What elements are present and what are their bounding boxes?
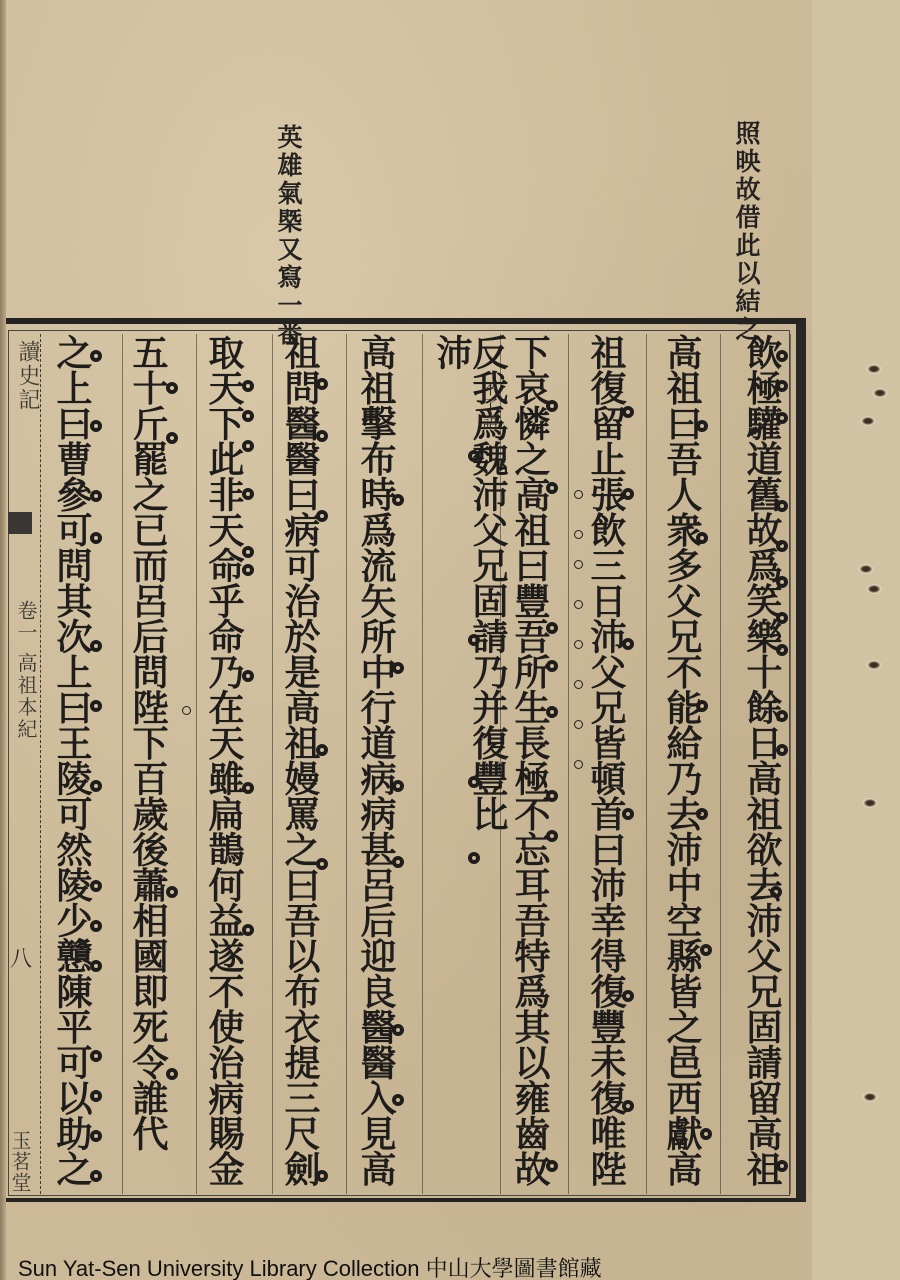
punctuation-circle bbox=[316, 430, 328, 442]
wormhole-damage bbox=[866, 584, 882, 594]
punctuation-circle bbox=[90, 420, 102, 432]
punctuation-circle bbox=[166, 432, 178, 444]
punctuation-circle bbox=[242, 380, 254, 392]
punctuation-circle bbox=[392, 1094, 404, 1106]
emphasis-circle bbox=[574, 640, 583, 649]
wormhole-damage bbox=[862, 798, 878, 808]
punctuation-circle bbox=[90, 1130, 102, 1142]
column-rule bbox=[122, 334, 123, 1194]
punctuation-circle bbox=[316, 378, 328, 390]
column-rule bbox=[272, 334, 273, 1194]
punctuation-circle bbox=[770, 886, 782, 898]
text-column-4: 下哀憐之高祖曰豐吾所生長極不忘耳吾特爲其以雍齒故 bbox=[512, 334, 548, 1194]
column-rule bbox=[422, 334, 423, 1194]
punctuation-circle bbox=[546, 1160, 558, 1172]
punctuation-circle bbox=[392, 494, 404, 506]
punctuation-circle bbox=[622, 1100, 634, 1112]
page-number: 八 bbox=[10, 942, 32, 973]
punctuation-circle bbox=[696, 808, 708, 820]
punctuation-circle bbox=[546, 660, 558, 672]
wormhole-damage bbox=[858, 564, 874, 574]
column-rule bbox=[790, 334, 791, 1194]
top-annotation-right: 照映故借此以結之 bbox=[734, 120, 759, 344]
wormhole-damage bbox=[872, 388, 888, 398]
punctuation-circle bbox=[622, 488, 634, 500]
punctuation-circle bbox=[242, 546, 254, 558]
punctuation-circle bbox=[622, 406, 634, 418]
punctuation-circle bbox=[392, 856, 404, 868]
punctuation-circle bbox=[776, 612, 788, 624]
text-column-2: 高祖曰吾人衆多父兄不能給乃去沛中空縣皆之邑西獻高 bbox=[664, 334, 700, 1194]
punctuation-circle bbox=[242, 564, 254, 576]
right-margin bbox=[812, 0, 900, 1280]
punctuation-circle bbox=[242, 924, 254, 936]
punctuation-circle bbox=[90, 700, 102, 712]
punctuation-circle bbox=[316, 858, 328, 870]
punctuation-circle bbox=[392, 1024, 404, 1036]
punctuation-circle bbox=[90, 532, 102, 544]
wormhole-damage bbox=[866, 660, 882, 670]
punctuation-circle bbox=[776, 576, 788, 588]
emphasis-circle bbox=[182, 706, 191, 715]
column-rule bbox=[346, 334, 347, 1194]
punctuation-circle bbox=[546, 482, 558, 494]
punctuation-circle bbox=[776, 350, 788, 362]
punctuation-circle bbox=[468, 852, 480, 864]
punctuation-circle bbox=[696, 700, 708, 712]
punctuation-circle bbox=[622, 990, 634, 1002]
interlinear-note: 不了語 bbox=[478, 380, 501, 431]
punctuation-circle bbox=[392, 662, 404, 674]
punctuation-circle bbox=[700, 1128, 712, 1140]
column-rule bbox=[720, 334, 721, 1194]
emphasis-circle bbox=[574, 530, 583, 539]
punctuation-circle bbox=[546, 400, 558, 412]
punctuation-circle bbox=[776, 644, 788, 656]
punctuation-circle bbox=[696, 420, 708, 432]
punctuation-circle bbox=[166, 382, 178, 394]
punctuation-circle bbox=[90, 880, 102, 892]
punctuation-circle bbox=[90, 1050, 102, 1062]
banxin-publisher-mark: 玉茗堂 bbox=[6, 1130, 35, 1193]
banxin-book-title: 讀史記 bbox=[12, 340, 43, 412]
punctuation-circle bbox=[546, 622, 558, 634]
punctuation-circle bbox=[776, 412, 788, 424]
punctuation-circle bbox=[90, 920, 102, 932]
text-column-6: 高祖擊布時爲流矢所中行道病病甚呂后迎良醫醫入見高 bbox=[358, 334, 394, 1194]
punctuation-circle bbox=[776, 1160, 788, 1172]
punctuation-circle bbox=[776, 380, 788, 392]
punctuation-circle bbox=[316, 744, 328, 756]
punctuation-circle bbox=[468, 776, 480, 788]
punctuation-circle bbox=[776, 710, 788, 722]
punctuation-circle bbox=[90, 640, 102, 652]
top-annotation-left: 英雄氣槩又寫一番 bbox=[276, 124, 301, 348]
text-column-10: 之上曰曹參可問其次上曰王陵可然陵少戇陳平可以助之 bbox=[54, 334, 90, 1194]
banxin-rule bbox=[40, 334, 41, 1194]
punctuation-circle bbox=[776, 500, 788, 512]
emphasis-circle bbox=[574, 760, 583, 769]
punctuation-circle bbox=[90, 350, 102, 362]
punctuation-circle bbox=[242, 488, 254, 500]
punctuation-circle bbox=[776, 744, 788, 756]
punctuation-circle bbox=[90, 960, 102, 972]
text-column-3: 祖復留止張飲三日沛父兄皆頓首曰沛幸得復豐未復唯陛 bbox=[588, 334, 624, 1194]
column-rule bbox=[196, 334, 197, 1194]
emphasis-circle bbox=[574, 680, 583, 689]
punctuation-circle bbox=[242, 440, 254, 452]
column-rule bbox=[568, 334, 569, 1194]
fishtail-mark bbox=[8, 512, 32, 534]
text-column-1: 飲極驩道舊故爲笑樂十餘日高祖欲去沛父兄固請留高祖 bbox=[744, 334, 780, 1194]
banxin-chapter: 卷一 高祖本紀 bbox=[12, 600, 41, 740]
punctuation-circle bbox=[90, 490, 102, 502]
punctuation-circle bbox=[90, 1170, 102, 1182]
punctuation-circle bbox=[90, 780, 102, 792]
punctuation-circle bbox=[696, 532, 708, 544]
punctuation-circle bbox=[622, 808, 634, 820]
column-rule bbox=[646, 334, 647, 1194]
punctuation-circle bbox=[700, 944, 712, 956]
punctuation-circle bbox=[242, 782, 254, 794]
punctuation-circle bbox=[622, 638, 634, 650]
punctuation-circle bbox=[392, 780, 404, 792]
punctuation-circle bbox=[242, 410, 254, 422]
text-column-9: 五十斤罷之已而呂后問陛下百歲後蕭相國即死令誰代 bbox=[130, 334, 166, 1194]
punctuation-circle bbox=[468, 450, 480, 462]
punctuation-circle bbox=[468, 634, 480, 646]
emphasis-circle bbox=[574, 600, 583, 609]
punctuation-circle bbox=[242, 670, 254, 682]
punctuation-circle bbox=[546, 706, 558, 718]
wormhole-damage bbox=[860, 416, 876, 426]
emphasis-circle bbox=[574, 720, 583, 729]
punctuation-circle bbox=[776, 540, 788, 552]
emphasis-circle bbox=[574, 490, 583, 499]
punctuation-circle bbox=[90, 1090, 102, 1102]
wormhole-damage bbox=[862, 1092, 878, 1102]
punctuation-circle bbox=[316, 1170, 328, 1182]
punctuation-circle bbox=[166, 886, 178, 898]
wormhole-damage bbox=[866, 364, 882, 374]
punctuation-circle bbox=[166, 1068, 178, 1080]
punctuation-circle bbox=[316, 510, 328, 522]
punctuation-circle bbox=[546, 790, 558, 802]
punctuation-circle bbox=[546, 830, 558, 842]
library-collection-caption: Sun Yat-Sen University Library Collectio… bbox=[18, 1252, 602, 1280]
text-column-8: 取天下此非天命乎命乃在天雖扁鵲何益遂不使治病賜金 bbox=[206, 334, 242, 1194]
text-column-7: 祖問醫醫曰病可治於是高祖嫚罵之曰吾以布衣提三尺劍 bbox=[282, 334, 318, 1194]
emphasis-circle bbox=[574, 560, 583, 569]
